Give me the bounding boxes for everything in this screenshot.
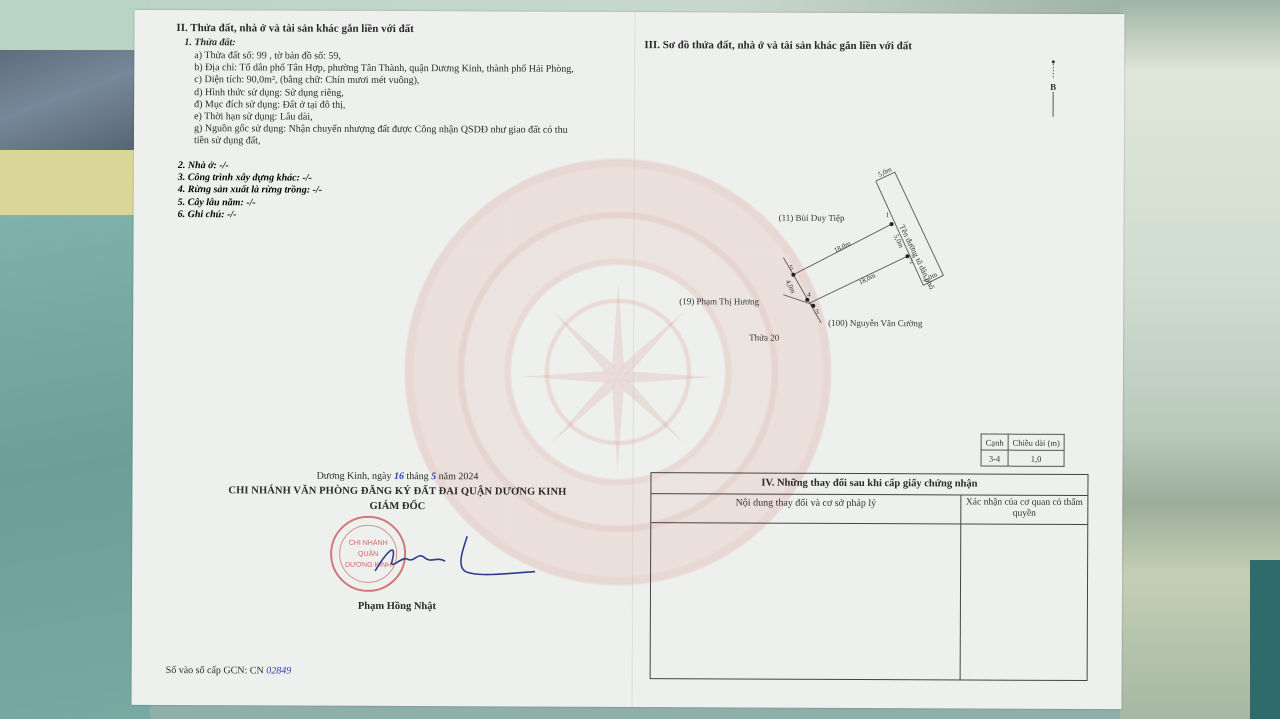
issue-date: Dương Kinh, ngày 16 tháng 5 năm 2024 (132, 470, 662, 483)
changes-content-cell (651, 523, 962, 680)
changes-col-confirmation: Xác nhận của cơ quan có thẩm quyền (961, 495, 1087, 524)
star-watermark-icon (517, 277, 718, 478)
changes-confirmation-cell (961, 524, 1088, 681)
land-item: tiền sử dụng đất, (194, 136, 574, 150)
point-label: 5 (789, 264, 793, 272)
section-2-title: II. Thửa đất, nhà ở và tài sản khác gắn … (176, 22, 413, 35)
signer-name: Phạm Hồng Nhật (132, 600, 662, 613)
changes-table: IV. Những thay đổi sau khi cấp giấy chứn… (650, 472, 1089, 681)
handwritten-signature (367, 531, 537, 582)
table-cell: 3-4 (981, 450, 1008, 466)
north-arrow-icon: B (1048, 59, 1058, 119)
point-label: 3 (815, 308, 819, 316)
svg-text:B: B (1050, 82, 1056, 92)
changes-table-title: IV. Những thay đổi sau khi cấp giấy chứn… (651, 473, 1087, 496)
other-assets-list: 2. Nhà ở: -/- 3. Công trình xây dựng khá… (178, 160, 323, 222)
point-label: 1 (886, 211, 890, 219)
neighbor-south: (100) Nguyễn Văn Cường (828, 318, 922, 328)
land-heading: 1. Thửa đất: (184, 37, 235, 48)
land-item: c) Diện tích: 90,0m², (bằng chữ: Chín mư… (194, 75, 574, 89)
edge-length-table: Cạnh Chiều dài (m) 3-4 1,0 (981, 434, 1065, 467)
land-details-list: a) Thửa đất số: 99 , tờ bản đồ số: 59, b… (194, 50, 574, 149)
land-certificate-page: II. Thửa đất, nhà ở và tài sản khác gắn … (131, 10, 1124, 709)
neighbor-southwest: Thửa 20 (749, 333, 779, 343)
asset-item: 5. Cây lâu năm: -/- (178, 197, 322, 210)
registry-number: Số vào sổ cấp GCN: CN 02849 (166, 665, 292, 677)
neighbor-north: (11) Bùi Duy Tiệp (779, 213, 845, 223)
asset-item: 4. Rừng sản xuất là rừng trồng: -/- (178, 184, 322, 197)
point-label: 2 (909, 257, 913, 265)
signer-role: GIÁM ĐỐC (132, 500, 662, 513)
asset-item: 2. Nhà ở: -/- (178, 160, 322, 173)
asset-item: 6. Ghi chú: -/- (178, 209, 322, 222)
issuing-organization: CHI NHÁNH VĂN PHÒNG ĐĂNG KÝ ĐẤT ĐAI QUẬN… (132, 485, 662, 498)
section-3-title: III. Sơ đồ thửa đất, nhà ở và tài sản kh… (644, 39, 912, 52)
plot-diagram: (11) Bùi Duy Tiệp (19) Phạm Thị Hương (1… (773, 163, 974, 334)
table-row: 3-4 1,0 (981, 450, 1064, 466)
changes-col-content: Nội dung thay đổi và cơ sở pháp lý (651, 494, 961, 523)
table-cell: 1,0 (1008, 450, 1064, 466)
table-header: Chiều dài (m) (1008, 434, 1064, 450)
table-header: Cạnh (981, 434, 1008, 450)
neighbor-west: (19) Phạm Thị Hương (679, 296, 759, 306)
point-label: 4 (807, 291, 811, 299)
asset-item: 3. Công trình xây dựng khác: -/- (178, 172, 322, 185)
